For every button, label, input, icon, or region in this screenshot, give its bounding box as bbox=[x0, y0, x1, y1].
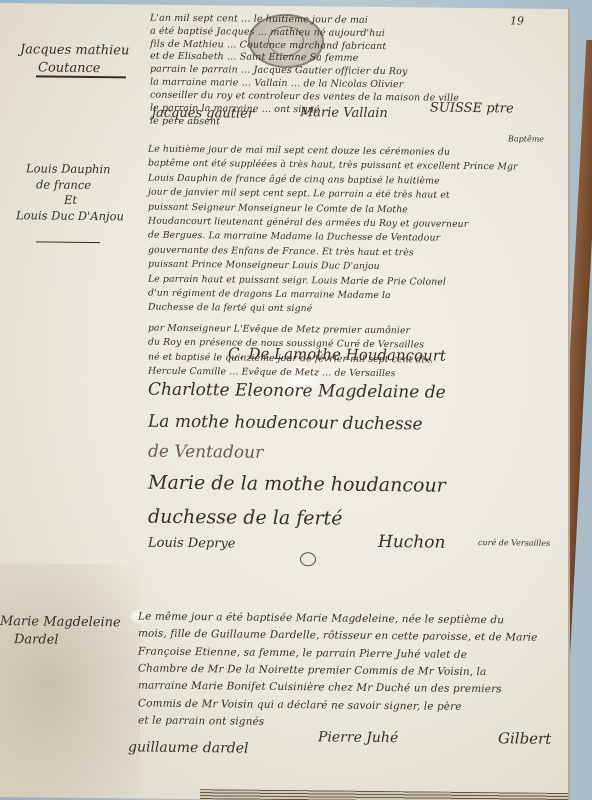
signature: duchesse de la ferté bbox=[148, 505, 342, 533]
small-seal-icon bbox=[300, 552, 316, 566]
signature: Pierre Juhé bbox=[318, 728, 398, 748]
entry-2-margin-name: Louis Dauphin de france Et Louis Duc D'A… bbox=[16, 161, 124, 224]
page-bottom-edge bbox=[200, 789, 568, 800]
signature: guillaume dardel bbox=[128, 738, 249, 758]
underline bbox=[36, 75, 126, 77]
shadow bbox=[0, 563, 140, 800]
signature: SUISSE ptre bbox=[430, 100, 514, 118]
signature: Charlotte Eleonore Magdelaine de bbox=[148, 379, 446, 405]
entry-3-body: Le même jour a été baptisée Marie Magdel… bbox=[138, 608, 537, 733]
signature: La mothe houdencour duchesse bbox=[148, 411, 423, 437]
signature: Marie de la mothe houdancour bbox=[148, 471, 446, 500]
signature: Louis Deprye bbox=[148, 535, 235, 553]
signature: Marie Vallain bbox=[300, 104, 388, 122]
signature: Gilbert bbox=[498, 728, 551, 749]
entry-3-margin-name: Marie Magdeleine Dardel bbox=[0, 613, 121, 649]
signature: C. De Lamothe Houdancourt bbox=[228, 343, 446, 366]
entry-1-margin-name: Jacques mathieu Coutance bbox=[20, 41, 129, 77]
entry-2-margin-label: Baptême bbox=[508, 134, 544, 145]
signature-title: curé de Versailles bbox=[478, 538, 550, 550]
signature: de Ventadour bbox=[148, 441, 263, 465]
register-page: 19 Jacques mathieu Coutance L'an mil sep… bbox=[0, 3, 568, 800]
page-number: 19 bbox=[510, 14, 524, 27]
underline bbox=[36, 241, 100, 243]
signature: jacques gautier bbox=[152, 105, 254, 124]
signature: Huchon bbox=[378, 531, 445, 555]
